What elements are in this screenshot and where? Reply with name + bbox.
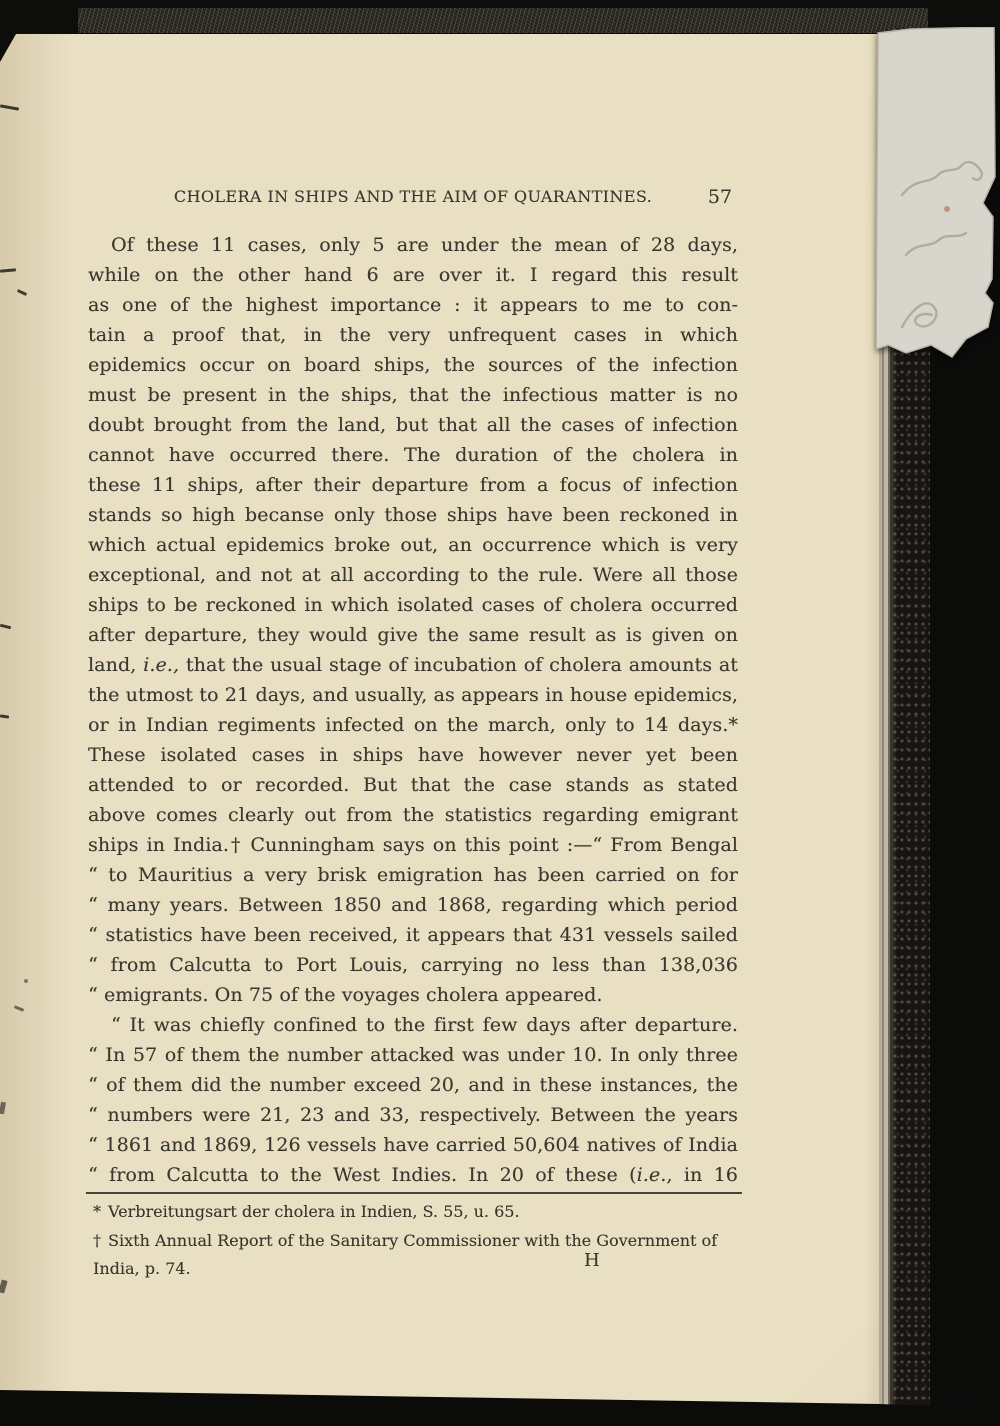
footnote-1-text: Verbreitungsart der cholera in Indien, S… <box>108 1202 520 1221</box>
text-line: the utmost to 21 days, and usually, as a… <box>88 680 738 710</box>
text-line: “ from Calcutta to the West Indies. In 2… <box>88 1160 738 1190</box>
page-number: 57 <box>708 184 732 210</box>
text-line: “ to Mauritius a very brisk emigration h… <box>88 860 738 890</box>
footnote-2-text: Sixth Annual Report of the Sanitary Comm… <box>93 1231 717 1278</box>
text-line: “ from Calcutta to Port Louis, carrying … <box>88 950 738 980</box>
text-line: or in Indian regiments infected on the m… <box>88 710 738 740</box>
text-line: must be present in the ships, that the i… <box>88 380 738 410</box>
page-title: CHOLERA IN SHIPS AND THE AIM OF QUARANTI… <box>88 184 738 210</box>
dagger-footnote-marker: † <box>93 1227 101 1255</box>
text-line: attended to or recorded. But that the ca… <box>88 770 738 800</box>
text-line: These isolated cases in ships have howev… <box>88 740 738 770</box>
paper-stain <box>944 206 950 212</box>
text-line: doubt brought from the land, but that al… <box>88 410 738 440</box>
text-line: “ numbers were 21, 23 and 33, respective… <box>88 1100 738 1130</box>
text-line: while on the other hand 6 are over it. I… <box>88 260 738 290</box>
text-line: ships to be reckoned in which isolated c… <box>88 590 738 620</box>
cover-weave-texture <box>78 8 928 33</box>
book-page: CHOLERA IN SHIPS AND THE AIM OF QUARANTI… <box>0 34 879 1404</box>
text-line: epidemics occur on board ships, the sour… <box>88 350 738 380</box>
body-text: Of these 11 cases, only 5 are under the … <box>88 230 738 1190</box>
text-line: Of these 11 cases, only 5 are under the … <box>88 230 738 260</box>
text-line: “ It was chiefly confined to the first f… <box>88 1010 738 1040</box>
text-line: cannot have occurred there. The duration… <box>88 440 738 470</box>
text-line: “ of them did the number exceed 20, and … <box>88 1070 738 1100</box>
text-line: above comes clearly out from the statist… <box>88 800 738 830</box>
footnote-2: †Sixth Annual Report of the Sanitary Com… <box>93 1227 753 1255</box>
running-header: CHOLERA IN SHIPS AND THE AIM OF QUARANTI… <box>88 184 738 210</box>
text-line: tain a proof that, in the very unfrequen… <box>88 320 738 350</box>
scanned-book-photo: { "colors": { "page_paper": "#e9dfc2", "… <box>0 0 1000 1426</box>
text-line: “ 1861 and 1869, 126 vessels have carrie… <box>88 1130 738 1160</box>
text-line: land, i.e., that the usual stage of incu… <box>88 650 738 680</box>
torn-paper-scrap <box>876 27 998 363</box>
text-line: these 11 ships, after their departure fr… <box>88 470 738 500</box>
text-line: stands so high becanse only those ships … <box>88 500 738 530</box>
text-line: exceptional, and not at all according to… <box>88 560 738 590</box>
footnote-rule <box>86 1192 742 1194</box>
text-line: “ emigrants. On 75 of the voyages choler… <box>88 980 738 1010</box>
signature-mark: H <box>584 1250 600 1271</box>
text-line: which actual epidemics broke out, an occ… <box>88 530 738 560</box>
text-line: ships in India.† Cunningham says on this… <box>88 830 738 860</box>
text-line: “ many years. Between 1850 and 1868, reg… <box>88 890 738 920</box>
margin-mark <box>24 979 28 983</box>
book-cover-top-edge <box>0 0 1000 34</box>
text-line: “ statistics have been received, it appe… <box>88 920 738 950</box>
text-line: “ In 57 of them the number attacked was … <box>88 1040 738 1070</box>
asterisk-footnote-marker: * <box>93 1198 101 1226</box>
text-line: as one of the highest importance : it ap… <box>88 290 738 320</box>
footnote-1: *Verbreitungsart der cholera in Indien, … <box>93 1198 753 1226</box>
text-line: after departure, they would give the sam… <box>88 620 738 650</box>
